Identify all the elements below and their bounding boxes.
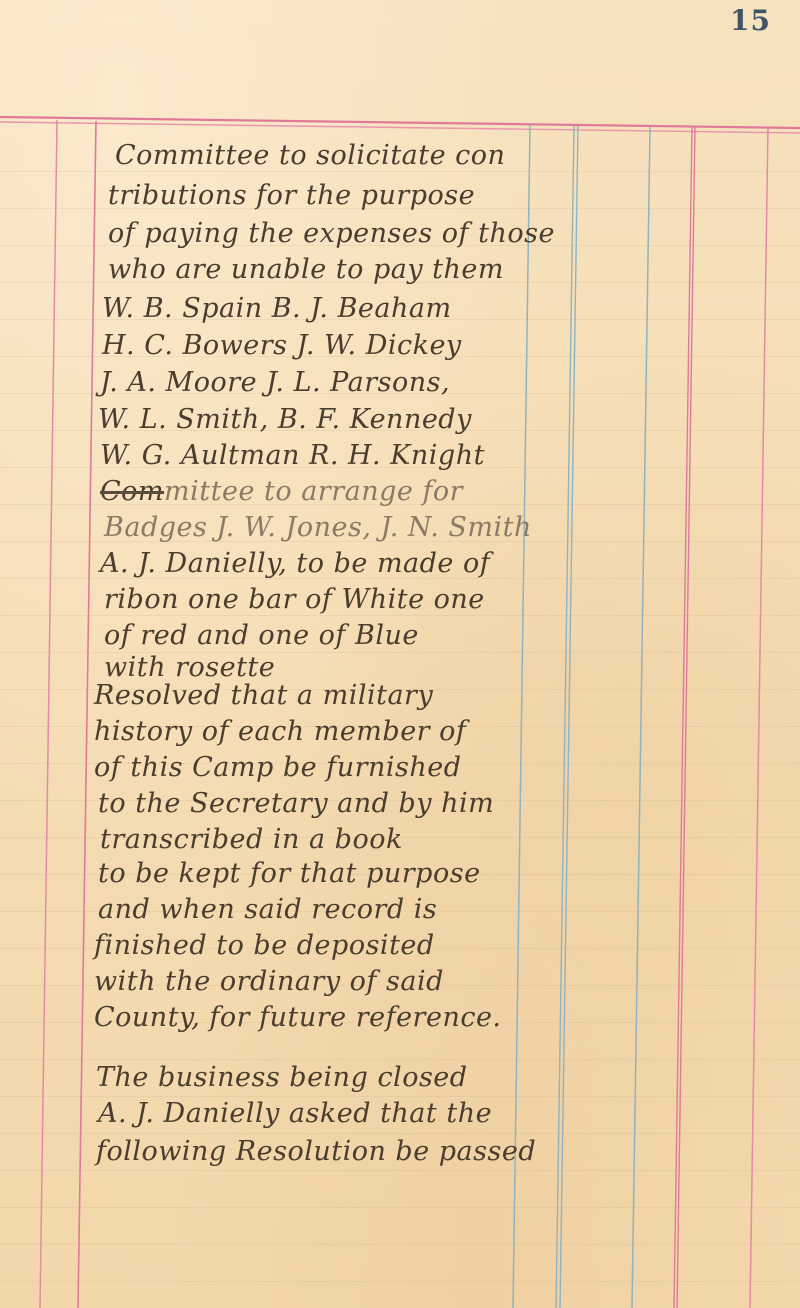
text-line: A. J. Danielly, to be made of xyxy=(100,548,490,579)
committee-member-line: W. L. Smith, B. F. Kennedy xyxy=(98,404,472,435)
ledger-page: 15 Committee to solicitate con tribution… xyxy=(0,0,800,1308)
text-line: County, for future reference. xyxy=(94,1002,502,1033)
text-line: who are unable to pay them xyxy=(108,254,504,285)
resolution-start: Resolved that a military xyxy=(94,680,433,711)
text-line: ribon one bar of White one xyxy=(104,584,485,615)
handwritten-minutes: Committee to solicitate con tributions f… xyxy=(0,0,800,1308)
text-line: Committee to solicitate con xyxy=(115,140,505,171)
closing-line: A. J. Danielly asked that the xyxy=(98,1098,492,1129)
text-line: transcribed in a book xyxy=(100,824,403,855)
closing-line: The business being closed xyxy=(96,1062,468,1093)
text-line: finished to be deposited xyxy=(94,930,435,961)
committee-member-line: H. C. Bowers J. W. Dickey xyxy=(102,330,462,361)
text-line: Badges J. W. Jones, J. N. Smith xyxy=(104,512,532,543)
text-line: of red and one of Blue xyxy=(104,620,419,651)
text-line: Committee to arrange for xyxy=(100,476,463,507)
text-line: to the Secretary and by him xyxy=(98,788,494,819)
text-line: history of each member of xyxy=(94,716,466,747)
struck-out-word: Com xyxy=(100,476,164,507)
text-line: of this Camp be furnished xyxy=(94,752,462,783)
committee-member-line: W. G. Aultman R. H. Knight xyxy=(100,440,485,471)
text-line: and when said record is xyxy=(98,894,437,925)
committee-member-line: W. B. Spain B. J. Beaham xyxy=(102,293,452,324)
text-line: with the ordinary of said xyxy=(94,966,444,997)
text-line: of paying the expenses of those xyxy=(108,218,555,249)
text-segment: mittee to arrange for xyxy=(164,476,463,507)
text-line: tributions for the purpose xyxy=(108,180,475,211)
closing-line: following Resolution be passed xyxy=(96,1136,536,1167)
text-line: to be kept for that purpose xyxy=(98,858,481,889)
text-line: with rosette xyxy=(104,652,275,683)
committee-member-line: J. A. Moore J. L. Parsons, xyxy=(100,367,450,398)
